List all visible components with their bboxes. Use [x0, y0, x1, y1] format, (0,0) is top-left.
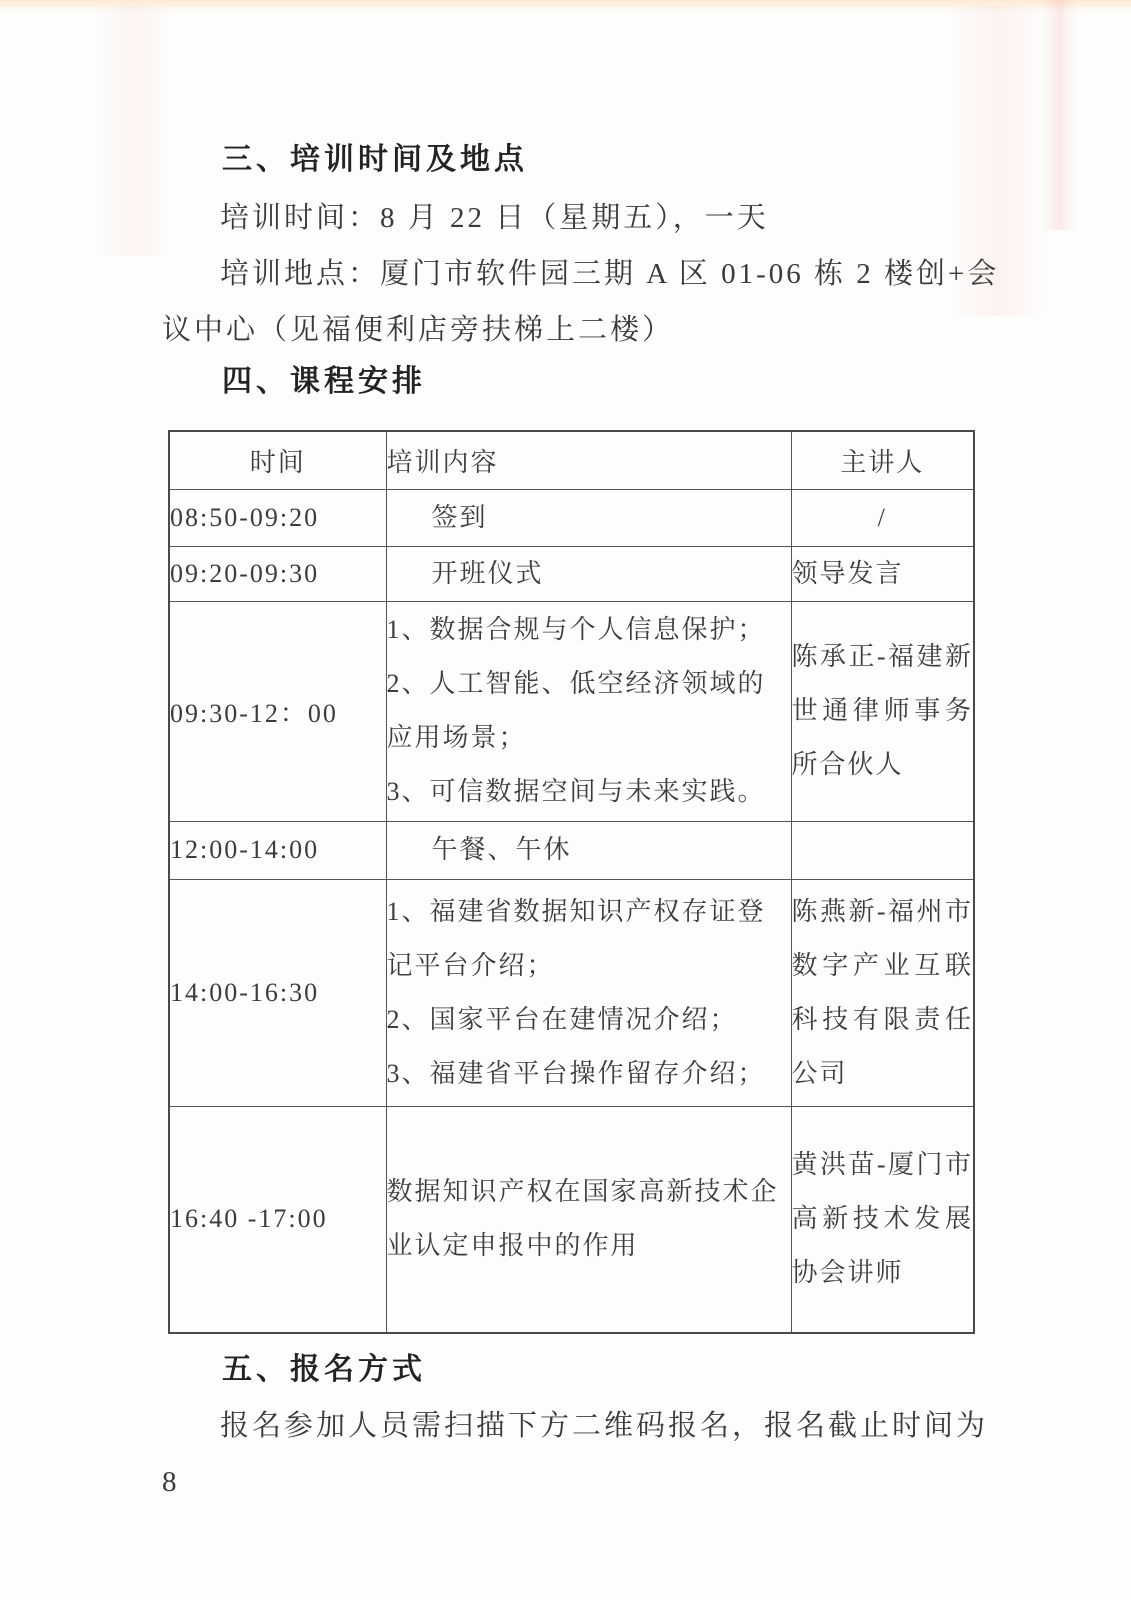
section-heading-training-time-location: 三、培训时间及地点 — [222, 140, 528, 180]
cell-content: 午餐、午休 — [386, 821, 791, 879]
section-heading-course-schedule: 四、课程安排 — [222, 362, 426, 402]
scanned-document-page: 三、培训时间及地点 培训时间：8 月 22 日（星期五），一天 培训地点：厦门市… — [0, 0, 1131, 1600]
cell-speaker: 领导发言 — [791, 546, 974, 601]
cell-time: 09:30-12：00 — [169, 601, 386, 821]
scan-artifact-streak-left — [95, 6, 170, 256]
cell-time: 16:40 -17:00 — [169, 1106, 386, 1333]
table-row: 12:00-14:00 午餐、午休 — [169, 821, 974, 879]
cell-time: 08:50-09:20 — [169, 489, 386, 546]
column-header-time: 时间 — [169, 431, 386, 489]
cell-content: 数据知识产权在国家高新技术企业认定申报中的作用 — [386, 1106, 791, 1333]
table-row: 16:40 -17:00 数据知识产权在国家高新技术企业认定申报中的作用 黄洪苗… — [169, 1106, 974, 1333]
column-header-speaker: 主讲人 — [791, 431, 974, 489]
cell-content: 1、福建省数据知识产权存证登记平台介绍； 2、国家平台在建情况介绍； 3、福建省… — [386, 879, 791, 1106]
table-row: 14:00-16:30 1、福建省数据知识产权存证登记平台介绍； 2、国家平台在… — [169, 879, 974, 1106]
cell-time: 14:00-16:30 — [169, 879, 386, 1106]
cell-speaker — [791, 821, 974, 879]
cell-speaker: 黄洪苗-厦门市高新技术发展协会讲师 — [791, 1106, 974, 1333]
column-header-content: 培训内容 — [386, 431, 791, 489]
cell-time: 12:00-14:00 — [169, 821, 386, 879]
section-heading-registration: 五、报名方式 — [222, 1350, 426, 1390]
cell-content: 1、数据合规与个人信息保护； 2、人工智能、低空经济领域的应用场景； 3、可信数… — [386, 601, 791, 821]
cell-time: 09:20-09:30 — [169, 546, 386, 601]
cell-speaker: 陈承正-福建新世通律师事务所合伙人 — [791, 601, 974, 821]
table-row: 08:50-09:20 签到 / — [169, 489, 974, 546]
cell-content: 签到 — [386, 489, 791, 546]
table-header-row: 时间 培训内容 主讲人 — [169, 431, 974, 489]
paragraph-registration-instructions: 报名参加人员需扫描下方二维码报名，报名截止时间为 8 — [162, 1398, 1007, 1510]
scan-artifact-streak-edge — [1042, 0, 1076, 230]
table-row: 09:20-09:30 开班仪式 领导发言 — [169, 546, 974, 601]
cell-content: 开班仪式 — [386, 546, 791, 601]
cell-speaker: / — [791, 489, 974, 546]
course-schedule-table: 时间 培训内容 主讲人 08:50-09:20 签到 / 09:20-09:30… — [168, 430, 975, 1334]
table-row: 09:30-12：00 1、数据合规与个人信息保护； 2、人工智能、低空经济领域… — [169, 601, 974, 821]
scan-artifact-top-band — [0, 0, 1131, 12]
paragraph-training-time: 培训时间：8 月 22 日（星期五），一天 — [162, 190, 1007, 246]
cell-speaker: 陈燕新-福州市数字产业互联科技有限责任公司 — [791, 879, 974, 1106]
paragraph-training-location: 培训地点：厦门市软件园三期 A 区 01-06 栋 2 楼创+会议中心（见福便利… — [162, 246, 1007, 358]
